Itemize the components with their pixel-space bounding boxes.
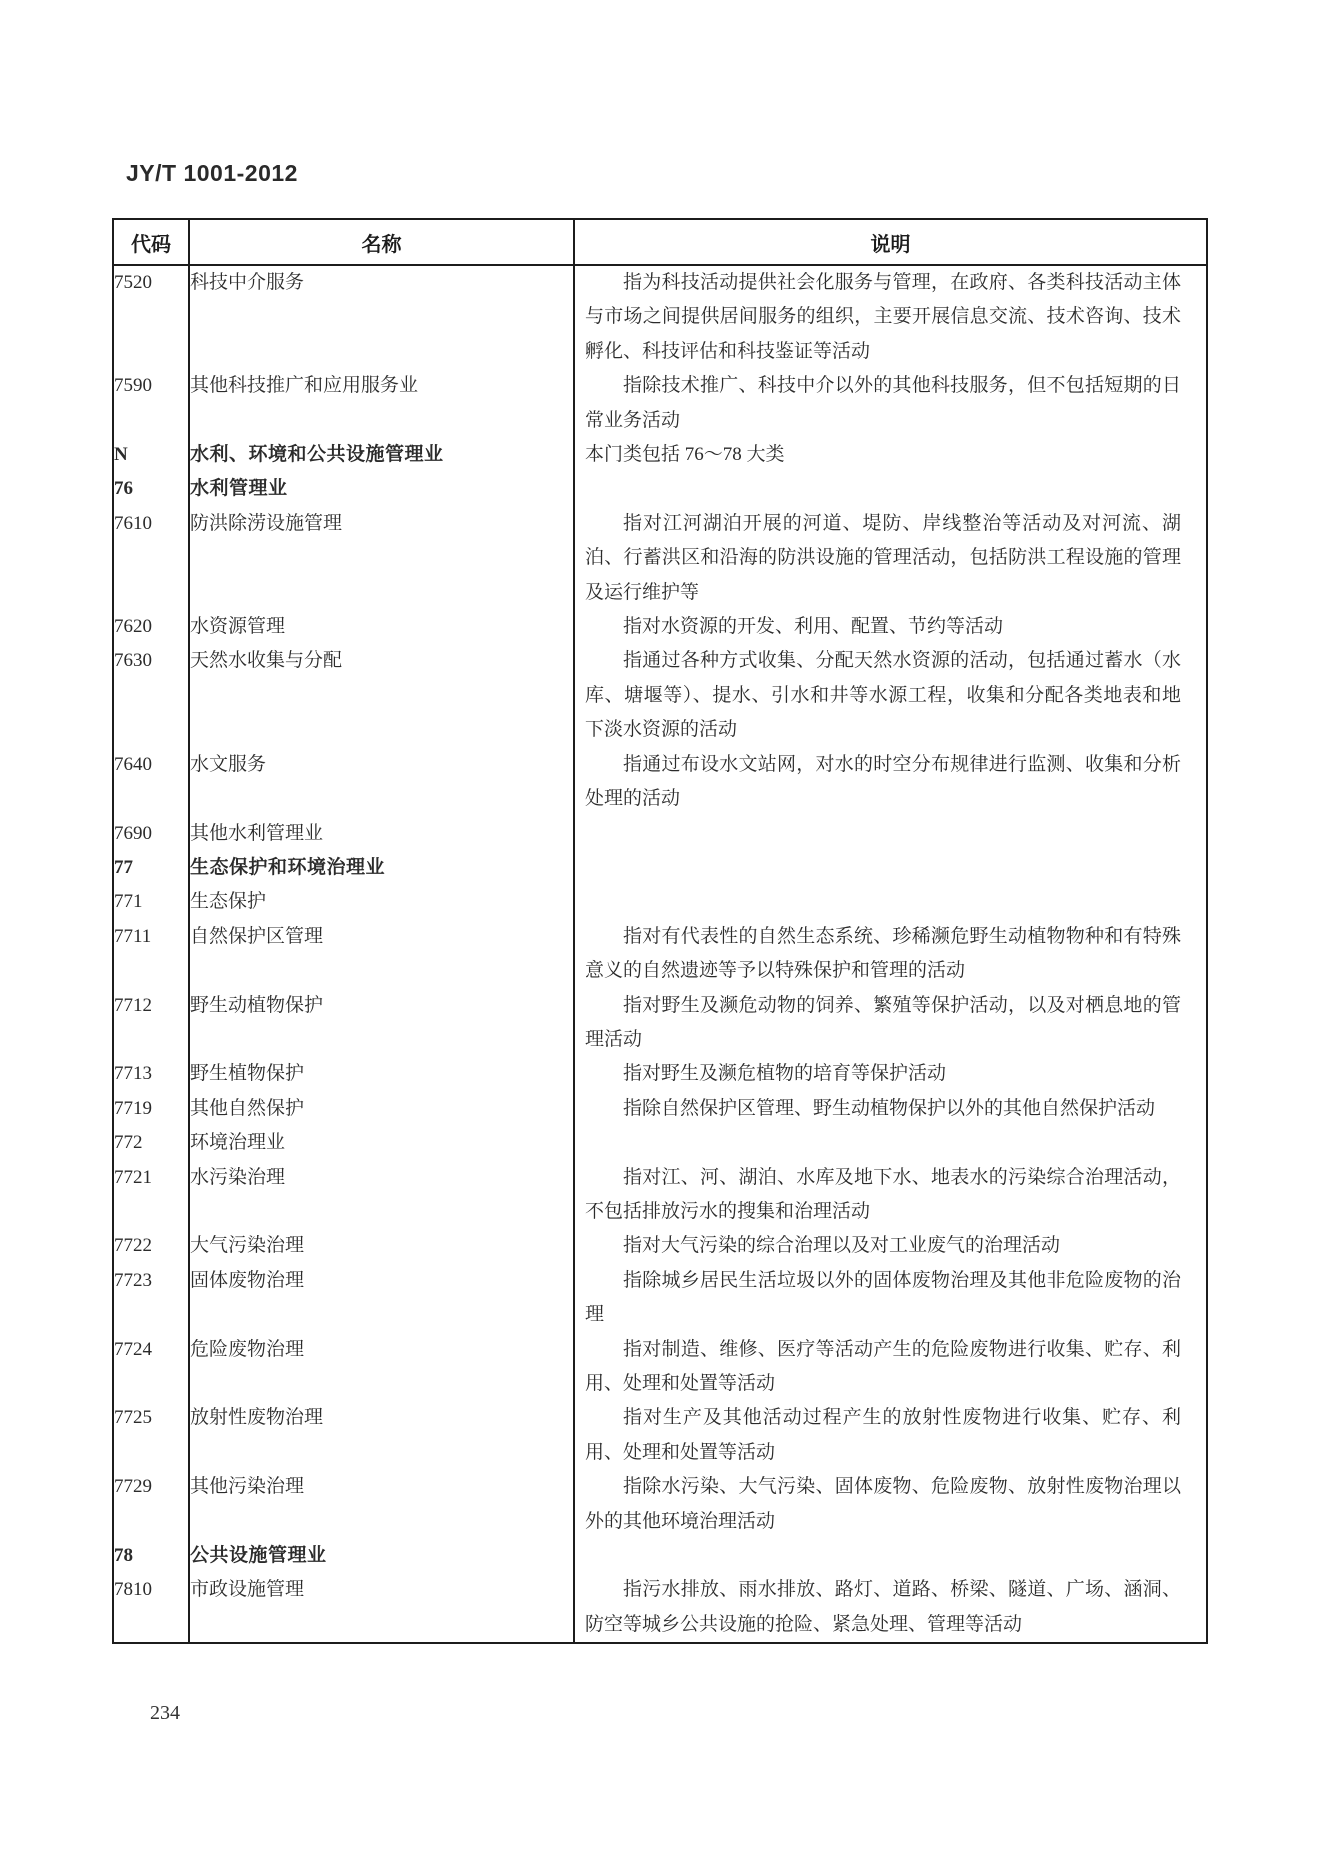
- description-text: 指为科技活动提供社会化服务与管理，在政府、各类科技活动主体与市场之间提供居间服务…: [585, 266, 1181, 369]
- description-text: 指对有代表性的自然生态系统、珍稀濒危野生动植物物种和有特殊意义的自然遗迹等予以特…: [585, 920, 1181, 989]
- description-cell: [574, 1539, 1207, 1573]
- name-cell: 水文服务: [189, 748, 574, 817]
- description-cell: 指通过各种方式收集、分配天然水资源的活动，包括通过蓄水（水库、塘堰等）、提水、引…: [574, 644, 1207, 747]
- name-cell: 公共设施管理业: [189, 1539, 574, 1573]
- code-cell: 771: [113, 885, 189, 919]
- description-text: 指对江、河、湖泊、水库及地下水、地表水的污染综合治理活动，不包括排放污水的搜集和…: [585, 1161, 1181, 1230]
- description-text: 指污水排放、雨水排放、路灯、道路、桥梁、隧道、广场、涵洞、防空等城乡公共设施的抢…: [585, 1573, 1181, 1642]
- code-cell: 7610: [113, 507, 189, 610]
- name-cell: 自然保护区管理: [189, 920, 574, 989]
- name-cell: 其他科技推广和应用服务业: [189, 369, 574, 438]
- code-cell: 78: [113, 1539, 189, 1573]
- table-row: 7722 大气污染治理 指对大气污染的综合治理以及对工业废气的治理活动: [113, 1229, 1207, 1263]
- table-row: 7690 其他水利管理业: [113, 817, 1207, 851]
- description-cell: 指除城乡居民生活垃圾以外的固体废物治理及其他非危险废物的治理: [574, 1264, 1207, 1333]
- code-cell: 7721: [113, 1161, 189, 1230]
- name-cell: 防洪除涝设施管理: [189, 507, 574, 610]
- column-header-description: 说明: [574, 219, 1207, 265]
- description-cell: 指对江、河、湖泊、水库及地下水、地表水的污染综合治理活动，不包括排放污水的搜集和…: [574, 1161, 1207, 1230]
- description-text: 指对野生及濒危植物的培育等保护活动: [585, 1057, 1181, 1091]
- description-text: 指除技术推广、科技中介以外的其他科技服务，但不包括短期的日常业务活动: [585, 369, 1181, 438]
- description-text: 指对生产及其他活动过程产生的放射性废物进行收集、贮存、利用、处理和处置等活动: [585, 1401, 1181, 1470]
- table-row: 771 生态保护: [113, 885, 1207, 919]
- name-cell: 市政设施管理: [189, 1573, 574, 1643]
- table-row: 7810 市政设施管理 指污水排放、雨水排放、路灯、道路、桥梁、隧道、广场、涵洞…: [113, 1573, 1207, 1643]
- table-body: 7520 科技中介服务 指为科技活动提供社会化服务与管理，在政府、各类科技活动主…: [113, 265, 1207, 1643]
- description-text: 指除城乡居民生活垃圾以外的固体废物治理及其他非危险废物的治理: [585, 1264, 1181, 1333]
- name-cell: 其他自然保护: [189, 1092, 574, 1126]
- name-cell: 水利管理业: [189, 472, 574, 506]
- description-cell: [574, 851, 1207, 885]
- code-cell: 7640: [113, 748, 189, 817]
- name-cell: 野生动植物保护: [189, 989, 574, 1058]
- table-row: 7610 防洪除涝设施管理 指对江河湖泊开展的河道、堤防、岸线整治等活动及对河流…: [113, 507, 1207, 610]
- description-text: 本门类包括 76～78 大类: [585, 438, 1181, 472]
- name-cell: 大气污染治理: [189, 1229, 574, 1263]
- table-header-row: 代码 名称 说明: [113, 219, 1207, 265]
- description-cell: 指除自然保护区管理、野生动植物保护以外的其他自然保护活动: [574, 1092, 1207, 1126]
- description-text: 指除自然保护区管理、野生动植物保护以外的其他自然保护活动: [585, 1092, 1181, 1126]
- code-cell: 77: [113, 851, 189, 885]
- name-cell: 天然水收集与分配: [189, 644, 574, 747]
- name-cell: 危险废物治理: [189, 1333, 574, 1402]
- description-cell: 指对大气污染的综合治理以及对工业废气的治理活动: [574, 1229, 1207, 1263]
- code-cell: 7725: [113, 1401, 189, 1470]
- description-cell: 指对江河湖泊开展的河道、堤防、岸线整治等活动及对河流、湖泊、行蓄洪区和沿海的防洪…: [574, 507, 1207, 610]
- classification-table: 代码 名称 说明 7520 科技中介服务 指为科技活动提供社会化服务与管理，在政…: [112, 218, 1208, 1644]
- description-cell: 指为科技活动提供社会化服务与管理，在政府、各类科技活动主体与市场之间提供居间服务…: [574, 265, 1207, 369]
- code-cell: 7620: [113, 610, 189, 644]
- name-cell: 水利、环境和公共设施管理业: [189, 438, 574, 472]
- description-cell: 指除技术推广、科技中介以外的其他科技服务，但不包括短期的日常业务活动: [574, 369, 1207, 438]
- name-cell: 水资源管理: [189, 610, 574, 644]
- description-cell: [574, 472, 1207, 506]
- description-cell: 指对野生及濒危植物的培育等保护活动: [574, 1057, 1207, 1091]
- table-row: 76 水利管理业: [113, 472, 1207, 506]
- code-cell: 7520: [113, 265, 189, 369]
- description-cell: 指污水排放、雨水排放、路灯、道路、桥梁、隧道、广场、涵洞、防空等城乡公共设施的抢…: [574, 1573, 1207, 1643]
- description-cell: 指对生产及其他活动过程产生的放射性废物进行收集、贮存、利用、处理和处置等活动: [574, 1401, 1207, 1470]
- table-row: 7630 天然水收集与分配 指通过各种方式收集、分配天然水资源的活动，包括通过蓄…: [113, 644, 1207, 747]
- name-cell: 其他污染治理: [189, 1470, 574, 1539]
- description-text: 指对野生及濒危动物的饲养、繁殖等保护活动，以及对栖息地的管理活动: [585, 989, 1181, 1058]
- description-cell: 指对有代表性的自然生态系统、珍稀濒危野生动植物物种和有特殊意义的自然遗迹等予以特…: [574, 920, 1207, 989]
- page-number: 234: [150, 1702, 180, 1725]
- table-row: 7640 水文服务 指通过布设水文站网，对水的时空分布规律进行监测、收集和分析处…: [113, 748, 1207, 817]
- code-cell: 7713: [113, 1057, 189, 1091]
- description-cell: [574, 817, 1207, 851]
- description-cell: 指对制造、维修、医疗等活动产生的危险废物进行收集、贮存、利用、处理和处置等活动: [574, 1333, 1207, 1402]
- description-cell: 指除水污染、大气污染、固体废物、危险废物、放射性废物治理以外的其他环境治理活动: [574, 1470, 1207, 1539]
- table-row: 7712 野生动植物保护 指对野生及濒危动物的饲养、繁殖等保护活动，以及对栖息地…: [113, 989, 1207, 1058]
- code-cell: N: [113, 438, 189, 472]
- document-page: JY/T 1001-2012 代码 名称 说明 7520 科技中介服务 指为科技…: [0, 0, 1323, 1871]
- code-cell: 7729: [113, 1470, 189, 1539]
- column-header-code: 代码: [113, 219, 189, 265]
- column-header-name: 名称: [189, 219, 574, 265]
- code-cell: 772: [113, 1126, 189, 1160]
- name-cell: 放射性废物治理: [189, 1401, 574, 1470]
- table-row: 7713 野生植物保护 指对野生及濒危植物的培育等保护活动: [113, 1057, 1207, 1091]
- name-cell: 水污染治理: [189, 1161, 574, 1230]
- name-cell: 野生植物保护: [189, 1057, 574, 1091]
- name-cell: 其他水利管理业: [189, 817, 574, 851]
- code-cell: 7590: [113, 369, 189, 438]
- description-cell: [574, 885, 1207, 919]
- table-row: 7725 放射性废物治理 指对生产及其他活动过程产生的放射性废物进行收集、贮存、…: [113, 1401, 1207, 1470]
- table-row: 772 环境治理业: [113, 1126, 1207, 1160]
- code-cell: 7723: [113, 1264, 189, 1333]
- table-row: 7590 其他科技推广和应用服务业 指除技术推广、科技中介以外的其他科技服务，但…: [113, 369, 1207, 438]
- description-cell: 指通过布设水文站网，对水的时空分布规律进行监测、收集和分析处理的活动: [574, 748, 1207, 817]
- code-cell: 7712: [113, 989, 189, 1058]
- table-row: 7711 自然保护区管理 指对有代表性的自然生态系统、珍稀濒危野生动植物物种和有…: [113, 920, 1207, 989]
- name-cell: 生态保护和环境治理业: [189, 851, 574, 885]
- code-cell: 7711: [113, 920, 189, 989]
- code-cell: 7722: [113, 1229, 189, 1263]
- name-cell: 固体废物治理: [189, 1264, 574, 1333]
- description-text: 指通过各种方式收集、分配天然水资源的活动，包括通过蓄水（水库、塘堰等）、提水、引…: [585, 644, 1181, 747]
- table-row: 7620 水资源管理 指对水资源的开发、利用、配置、节约等活动: [113, 610, 1207, 644]
- table-row: 7724 危险废物治理 指对制造、维修、医疗等活动产生的危险废物进行收集、贮存、…: [113, 1333, 1207, 1402]
- description-text: 指除水污染、大气污染、固体废物、危险废物、放射性废物治理以外的其他环境治理活动: [585, 1470, 1181, 1539]
- table-row: 77 生态保护和环境治理业: [113, 851, 1207, 885]
- description-cell: 指对野生及濒危动物的饲养、繁殖等保护活动，以及对栖息地的管理活动: [574, 989, 1207, 1058]
- code-cell: 7724: [113, 1333, 189, 1402]
- code-cell: 7810: [113, 1573, 189, 1643]
- table-row: 7520 科技中介服务 指为科技活动提供社会化服务与管理，在政府、各类科技活动主…: [113, 265, 1207, 369]
- description-text: 指通过布设水文站网，对水的时空分布规律进行监测、收集和分析处理的活动: [585, 748, 1181, 817]
- description-cell: 指对水资源的开发、利用、配置、节约等活动: [574, 610, 1207, 644]
- description-cell: 本门类包括 76～78 大类: [574, 438, 1207, 472]
- code-cell: 76: [113, 472, 189, 506]
- description-text: 指对大气污染的综合治理以及对工业废气的治理活动: [585, 1229, 1181, 1263]
- description-text: 指对制造、维修、医疗等活动产生的危险废物进行收集、贮存、利用、处理和处置等活动: [585, 1333, 1181, 1402]
- code-cell: 7690: [113, 817, 189, 851]
- name-cell: 科技中介服务: [189, 265, 574, 369]
- table-row: 7723 固体废物治理 指除城乡居民生活垃圾以外的固体废物治理及其他非危险废物的…: [113, 1264, 1207, 1333]
- code-cell: 7630: [113, 644, 189, 747]
- description-text: 指对江河湖泊开展的河道、堤防、岸线整治等活动及对河流、湖泊、行蓄洪区和沿海的防洪…: [585, 507, 1181, 610]
- table-row: N 水利、环境和公共设施管理业 本门类包括 76～78 大类: [113, 438, 1207, 472]
- name-cell: 生态保护: [189, 885, 574, 919]
- table-header: 代码 名称 说明: [113, 219, 1207, 265]
- table-row: 7719 其他自然保护 指除自然保护区管理、野生动植物保护以外的其他自然保护活动: [113, 1092, 1207, 1126]
- description-text: 指对水资源的开发、利用、配置、节约等活动: [585, 610, 1181, 644]
- code-cell: 7719: [113, 1092, 189, 1126]
- table-row: 7721 水污染治理 指对江、河、湖泊、水库及地下水、地表水的污染综合治理活动，…: [113, 1161, 1207, 1230]
- table-row: 78 公共设施管理业: [113, 1539, 1207, 1573]
- table-row: 7729 其他污染治理 指除水污染、大气污染、固体废物、危险废物、放射性废物治理…: [113, 1470, 1207, 1539]
- description-cell: [574, 1126, 1207, 1160]
- name-cell: 环境治理业: [189, 1126, 574, 1160]
- standard-number: JY/T 1001-2012: [126, 160, 298, 187]
